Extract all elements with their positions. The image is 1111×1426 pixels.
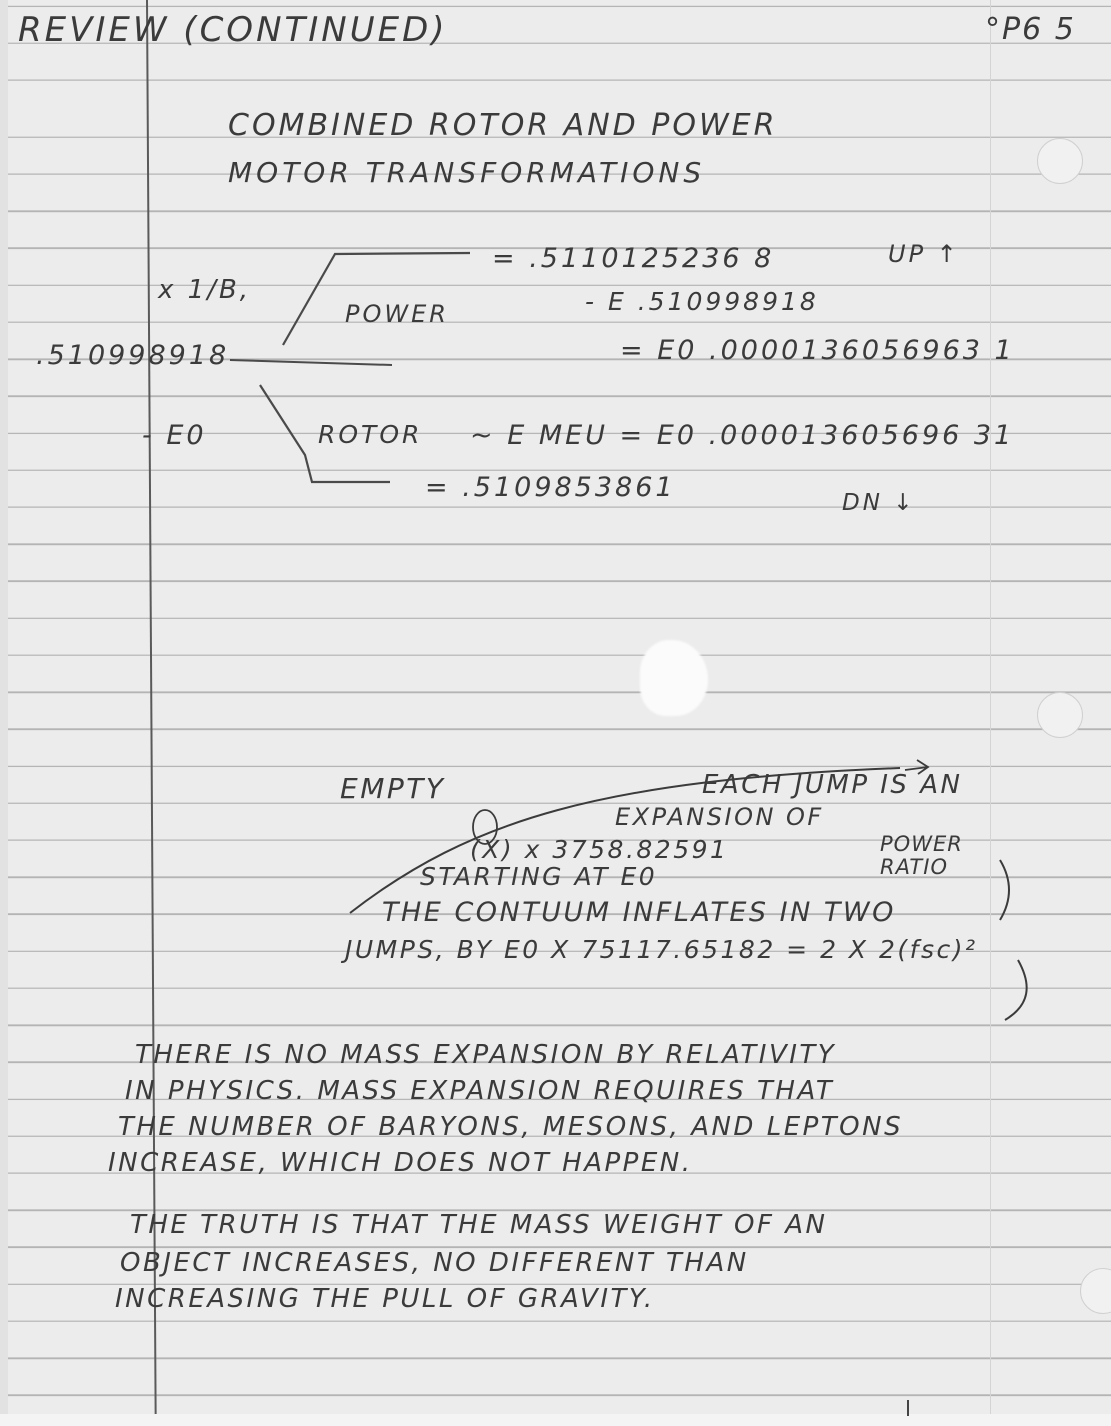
paragraph-1-line-4: INCREASE, WHICH DOES NOT HAPPEN. [108, 1148, 693, 1178]
down-label: DN ↓ [842, 490, 916, 516]
note-line-3: (X) x 3758.82591 [470, 835, 728, 864]
note-line-5: THE CONTUUM INFLATES IN TWO [382, 897, 896, 928]
ratio-label-bottom: RATIO [880, 855, 948, 879]
rotor-expression: ~ E MEU = E0 .000013605696 31 [470, 420, 1014, 451]
base-line [230, 360, 392, 365]
multiplier-label: x 1/B, [158, 275, 251, 305]
paragraph-2-line-2: OBJECT INCREASES, NO DIFFERENT THAN [120, 1248, 749, 1278]
note-line-2: EXPANSION OF [615, 803, 824, 831]
paragraph-2-line-1: THE TRUTH IS THAT THE MASS WEIGHT OF AN [130, 1210, 827, 1240]
rotor-label: ROTOR [318, 420, 422, 449]
power-minus: - E .510998918 [585, 287, 819, 316]
power-result: = .5110125236 8 [492, 243, 774, 274]
ratio-label-top: POWER [880, 832, 963, 856]
paragraph-1-line-3: THE NUMBER OF BARYONS, MESONS, AND LEPTO… [118, 1112, 903, 1142]
paragraph-1-line-2: IN PHYSICS. MASS EXPANSION REQUIRES THAT [125, 1076, 834, 1106]
fsc-close-paren [1005, 960, 1027, 1020]
paragraph-2-line-3: INCREASING THE PULL OF GRAVITY. [115, 1284, 655, 1314]
base-value: .510998918 [36, 340, 229, 371]
note-line-6: JUMPS, BY E0 X 75117.65182 = 2 X 2(fsc)² [345, 935, 978, 964]
power-branch-line [283, 253, 470, 345]
note-line-4: STARTING AT E0 [420, 862, 657, 891]
up-label: UP ↑ [888, 240, 960, 268]
paragraph-1-line-1: THERE IS NO MASS EXPANSION BY RELATIVITY [135, 1040, 836, 1070]
empty-label: EMPTY [340, 772, 445, 805]
power-label: POWER [345, 300, 449, 328]
base-subtract-label: - E0 [142, 420, 207, 451]
note-line-1: EACH JUMP IS AN [702, 770, 962, 800]
ratio-close-paren [1000, 860, 1009, 920]
rotor-result: = .5109853861 [425, 472, 676, 503]
power-difference: = E0 .0000136056963 1 [620, 335, 1015, 366]
